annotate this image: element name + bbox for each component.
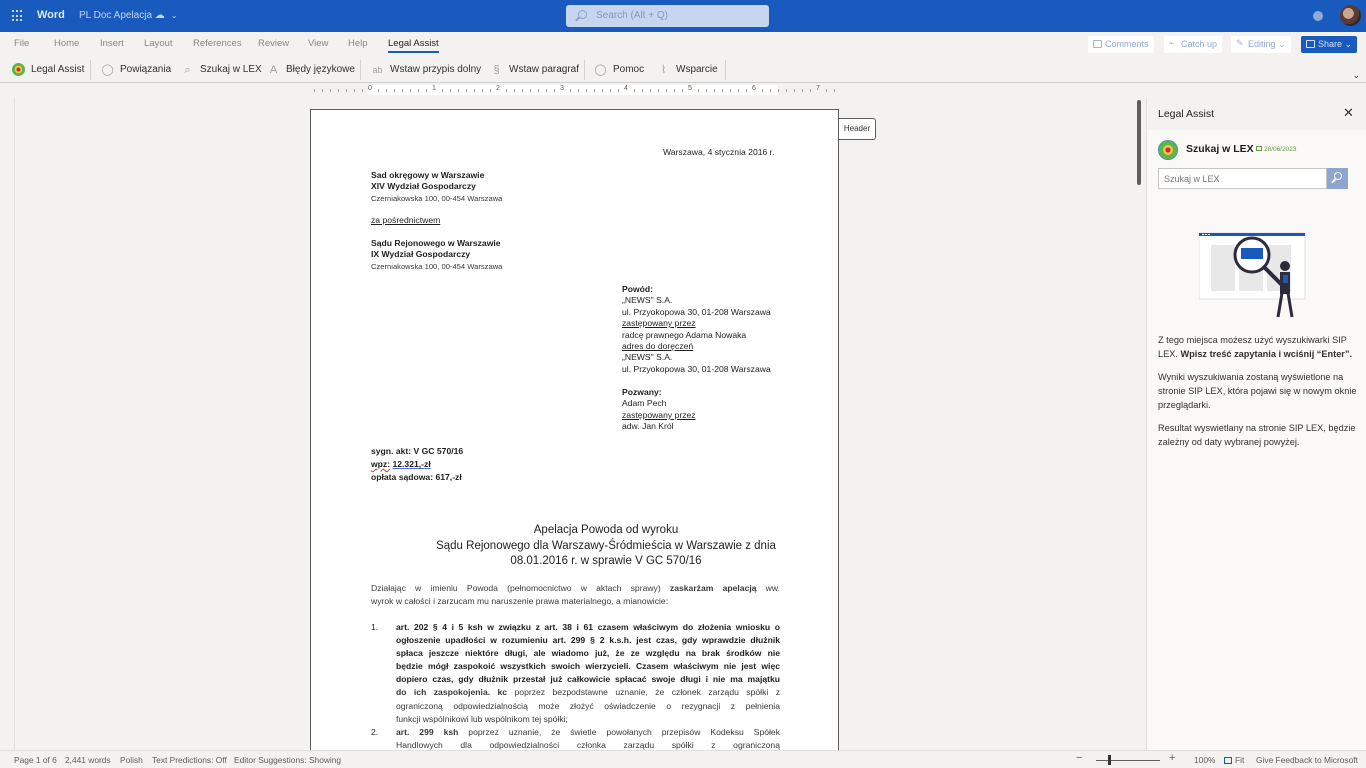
share-button[interactable]: Share ⌄: [1301, 36, 1357, 53]
case-signature: sygn. akt: V GC 570/16: [371, 446, 463, 458]
ruler-tick: [354, 89, 355, 92]
share-icon: [1306, 40, 1315, 48]
lex-search-input[interactable]: [1158, 168, 1327, 189]
comments-button[interactable]: Comments: [1088, 36, 1154, 53]
ruler-tick: [394, 89, 395, 92]
chevron-down-icon: ⌄: [1342, 39, 1352, 49]
ruler-tick: [554, 89, 555, 92]
pomoc-label: Pomoc: [613, 64, 644, 75]
court1-address: Czerniakowska 100, 00-454 Warszawa: [371, 193, 502, 205]
ruler-tick: [802, 89, 803, 92]
wsparcie-button[interactable]: ⌇Wsparcie: [657, 63, 718, 78]
tab-layout[interactable]: Layout: [144, 38, 173, 49]
list-bold: art. 299 ksh: [396, 727, 458, 737]
list-line: spłaca jeszcze niektóre długi, ale wiado…: [396, 647, 780, 660]
ruler-tick: [522, 89, 523, 92]
status-bar: Page 1 of 6 2,441 words Polish Text Pred…: [0, 750, 1366, 768]
title-line: 08.01.2016 r. w sprawie V GC 570/16: [411, 554, 801, 570]
ruler-tick: [474, 89, 475, 92]
service-address-label: adres do doręczeń: [622, 341, 693, 353]
ruler-tick: [410, 89, 411, 92]
tab-view[interactable]: View: [308, 38, 328, 49]
ruler-tick: [386, 89, 387, 92]
ruler-tick: [834, 89, 835, 92]
list-number: 1.: [371, 622, 378, 632]
wpz-label: wpz:: [371, 459, 390, 469]
title-line: Sądu Rejonowego dla Warszawy-Śródmieścia…: [411, 539, 801, 555]
ribbon-tabs: File Home Insert Layout References Revie…: [0, 32, 1366, 57]
footnote-icon: ab: [371, 64, 384, 77]
ruler-tick: [466, 89, 467, 92]
ruler-tick: [330, 89, 331, 92]
ruler-label: 7: [816, 85, 820, 92]
wstaw-przypis-button[interactable]: abWstaw przypis dolny: [371, 63, 481, 78]
title-bar: Word PL Doc Apelacja ☁⌄ Search (Alt + Q): [0, 0, 1366, 32]
editor-suggestions[interactable]: Editor Suggestions: Showing: [234, 755, 341, 765]
pane-info-3: Resultat wyswietlany na stronie SIP LEX,…: [1158, 421, 1358, 449]
ruler-tick: [770, 89, 771, 92]
list-line: art. 202 § 4 i 5 ksh w związku z art. 38…: [396, 621, 780, 634]
via-text: za pośrednictwem: [371, 215, 440, 227]
ruler-text-area: [368, 85, 778, 95]
pane-title: Legal Assist: [1158, 108, 1214, 120]
ruler-tick: [746, 89, 747, 92]
ruler-tick: [314, 89, 315, 92]
pane-header: Legal Assist ✕: [1147, 97, 1366, 130]
pane-info-bold: Wpisz treść zapytania i wciśnij “Enter”.: [1180, 349, 1352, 359]
ruler-label: 1: [432, 85, 436, 92]
bledy-label: Błędy językowe: [286, 64, 355, 75]
ruler-tick: [378, 89, 379, 92]
tab-file[interactable]: File: [14, 38, 29, 49]
pane-info-2: Wyniki wyszukiwania zostaną wyświetlone …: [1158, 370, 1358, 412]
zoom-in-button[interactable]: +: [1169, 752, 1175, 764]
ruler[interactable]: 0 1 2 3 4 5 6 7: [310, 84, 840, 97]
support-icon: ⌇: [657, 64, 670, 77]
date-line: Warszawa, 4 stycznia 2016 r.: [663, 147, 774, 159]
ruler-tick: [426, 89, 427, 92]
legal-assist-logo-icon: [12, 63, 25, 76]
ruler-tick: [594, 89, 595, 92]
page-count[interactable]: Page 1 of 6: [14, 755, 57, 765]
ruler-tick: [602, 89, 603, 92]
list-line: do ich zaspokojenia. kc poprzez bezpodst…: [396, 686, 780, 699]
ruler-tick: [722, 89, 723, 92]
ruler-tick: [634, 89, 635, 92]
defendant-label: Pozwany:: [622, 387, 662, 399]
document-page[interactable]: Warszawa, 4 stycznia 2016 r. Sad okręgow…: [310, 109, 839, 750]
word-count[interactable]: 2,441 words: [65, 755, 111, 765]
ruler-tick: [682, 89, 683, 92]
wstaw-przypis-label: Wstaw przypis dolny: [390, 64, 481, 75]
ruler-tick: [418, 89, 419, 92]
ruler-label: 4: [624, 85, 628, 92]
plaintiff-represented-label: zastępowany przez: [622, 318, 696, 330]
ruler-tick: [714, 89, 715, 92]
ruler-tick: [402, 89, 403, 92]
ruler-tick: [482, 89, 483, 92]
list-item: art. 202 § 4 i 5 ksh w związku z art. 38…: [396, 621, 780, 726]
divider: [725, 60, 726, 80]
legal-assist-label: Legal Assist: [31, 64, 84, 75]
court-fee: opłata sądowa: 617,-zł: [371, 472, 462, 484]
language[interactable]: Polish: [120, 755, 143, 765]
search-icon: [1334, 172, 1342, 180]
defendant-representative: adw. Jan Król: [622, 421, 674, 433]
intro-bold: zaskarżam apelacją: [670, 583, 757, 593]
tab-references[interactable]: References: [193, 38, 242, 49]
legal-assist-pane: Legal Assist ✕ Szukaj w LEX 28/06/2023 Z…: [1146, 97, 1366, 750]
intro-paragraph: Działając w imieniu Powoda (pełnomocnict…: [371, 582, 780, 608]
plaintiff-address: ul. Przyokopowa 30, 01-208 Warszawa: [622, 307, 771, 319]
intro-text: ww.: [757, 583, 781, 593]
service-address: ul. Przyokopowa 30, 01-208 Warszawa: [622, 364, 771, 376]
legal-assist-button[interactable]: Legal Assist: [12, 63, 84, 78]
date-picker[interactable]: 28/06/2023: [1256, 146, 1297, 153]
fit-label: Fit: [1235, 755, 1244, 765]
zoom-slider-thumb[interactable]: [1108, 755, 1111, 765]
editing-button[interactable]: ✎Editing ⌄: [1231, 36, 1291, 53]
wstaw-paragraf-button[interactable]: §Wstaw paragraf: [490, 63, 579, 78]
ruler-tick: [730, 89, 731, 92]
title-line: Apelacja Powoda od wyroku: [411, 523, 801, 539]
app-name[interactable]: Word: [37, 9, 65, 21]
ruler-tick: [810, 89, 811, 92]
list-line: art. 299 ksh poprzez uznanie, że świetle…: [396, 726, 780, 739]
app-launcher-icon[interactable]: [12, 10, 24, 22]
list-line: funkcji wspólnikowi lub wspólnikom tej s…: [396, 713, 780, 726]
list-text: poprzez uznanie, że świetle powołanych p…: [458, 727, 780, 737]
document-canvas: Warszawa, 4 stycznia 2016 r. Sad okręgow…: [0, 97, 1146, 750]
ruler-label: 3: [560, 85, 564, 92]
powiazania-button[interactable]: ◯Powiązania: [101, 63, 171, 78]
ruler-tick: [586, 89, 587, 92]
avatar[interactable]: [1340, 5, 1361, 26]
pomoc-button[interactable]: ◯Pomoc: [594, 63, 644, 78]
search-placeholder: Search (Alt + Q): [596, 10, 668, 21]
pane-info-1: Z tego miejsca możesz użyć wyszukiwarki …: [1158, 333, 1358, 361]
lex-logo-icon: [1158, 140, 1178, 160]
bledy-jezykowe-button[interactable]: ABłędy językowe: [267, 63, 355, 78]
date-value: 28/06/2023: [1264, 146, 1297, 153]
ribbon-collapse-chevron-icon[interactable]: ⌄: [1352, 70, 1360, 81]
lex-search-button[interactable]: [1327, 168, 1348, 189]
ruler-tick: [658, 89, 659, 92]
wpz-value: 12.321,-zł: [392, 459, 430, 469]
calendar-icon: [1256, 146, 1262, 151]
divider: [90, 60, 91, 80]
zoom-out-button[interactable]: −: [1076, 752, 1082, 764]
court1-name: Sad okręgowy w Warszawie: [371, 170, 484, 182]
help-circle-icon: ◯: [594, 64, 607, 77]
ruler-tick: [762, 89, 763, 92]
szukaj-label: Szukaj w LEX: [200, 64, 262, 75]
ruler-tick: [538, 89, 539, 92]
text-check-icon: A: [267, 64, 280, 77]
close-icon[interactable]: ✕: [1343, 105, 1354, 121]
defendant-represented-label: zastępowany przez: [622, 410, 696, 422]
document-title: Apelacja Powoda od wyroku Sądu Rejonoweg…: [411, 523, 801, 570]
chevron-down-icon: ⌄: [1276, 39, 1286, 49]
comments-label: Comments: [1105, 39, 1149, 49]
ruler-label: 5: [688, 85, 692, 92]
zoom-level[interactable]: 100%: [1194, 755, 1215, 765]
ruler-tick: [666, 89, 667, 92]
editing-label: Editing: [1248, 39, 1276, 49]
search-icon: ⌕: [181, 64, 194, 77]
court2-address: Czerniakowska 100, 00-454 Warszawa: [371, 261, 502, 273]
comment-icon: [1093, 40, 1102, 48]
search-input[interactable]: Search (Alt + Q): [566, 5, 769, 27]
plaintiff-name: „NEWS" S.A.: [622, 295, 672, 307]
powiazania-label: Powiązania: [120, 64, 171, 75]
defendant-name: Adam Pech: [622, 398, 666, 410]
ruler-tick: [490, 89, 491, 92]
cloud-icon: ☁: [152, 10, 165, 21]
section-icon: §: [490, 64, 503, 77]
ruler-tick: [674, 89, 675, 92]
settings-icon[interactable]: [1313, 11, 1323, 21]
ruler-tick: [578, 89, 579, 92]
pane-subtitle: Szukaj w LEX: [1186, 143, 1254, 155]
divider: [14, 97, 15, 750]
list-line: Handlowych dla odpowiedzialności członka…: [396, 739, 780, 750]
ruler-tick: [442, 89, 443, 92]
text-predictions[interactable]: Text Predictions: Off: [152, 755, 227, 765]
divider: [360, 60, 361, 80]
intro-text: Działając w imieniu Powoda (pełnomocnict…: [371, 583, 670, 593]
ruler-tick: [570, 89, 571, 92]
ruler-tick: [794, 89, 795, 92]
ruler-tick: [346, 89, 347, 92]
ruler-tick: [698, 89, 699, 92]
ruler-label: 6: [752, 85, 756, 92]
list-bold: do ich zaspokojenia. kc: [396, 687, 507, 697]
court1-dept: XIV Wydział Gospodarczy: [371, 181, 476, 193]
list-number: 2.: [371, 727, 378, 737]
court2-dept: IX Wydział Gospodarczy: [371, 249, 470, 261]
header-tag[interactable]: Header: [839, 118, 876, 140]
ruler-tick: [450, 89, 451, 92]
ruler-tick: [546, 89, 547, 92]
list-line: dopiero czas, gdy dłużnik przestał już c…: [396, 673, 780, 686]
wpz-line: wpz: 12.321,-zł: [371, 459, 431, 471]
tab-help[interactable]: Help: [348, 38, 368, 49]
pencil-icon: ✎: [1236, 39, 1245, 47]
catch-up-label: Catch up: [1181, 39, 1217, 49]
ruler-tick: [786, 89, 787, 92]
ruler-tick: [514, 89, 515, 92]
chevron-down-icon: ⌄: [171, 11, 178, 20]
tab-insert[interactable]: Insert: [100, 38, 124, 49]
service-name: „NEWS" S.A.: [622, 352, 672, 364]
ruler-tick: [778, 89, 779, 92]
ruler-tick: [506, 89, 507, 92]
ruler-label: 0: [368, 85, 372, 92]
wsparcie-label: Wsparcie: [676, 64, 718, 75]
ruler-tick: [530, 89, 531, 92]
catch-up-icon: ⌁: [1169, 39, 1178, 47]
ruler-tick: [826, 89, 827, 92]
ribbon-commands: Legal Assist ◯Powiązania ⌕Szukaj w LEX A…: [0, 57, 1366, 83]
ruler-label: 2: [496, 85, 500, 92]
list-item: art. 299 ksh poprzez uznanie, że świetle…: [396, 726, 780, 750]
search-icon: [578, 10, 587, 19]
tab-legal-assist[interactable]: Legal Assist: [388, 38, 439, 49]
list-text: poprzez bezpodstawne uznanie, że członek…: [507, 687, 780, 697]
ruler-tick: [706, 89, 707, 92]
document-name[interactable]: PL Doc Apelacja ☁⌄: [79, 10, 178, 21]
feedback-link[interactable]: Give Feedback to Microsoft: [1256, 755, 1358, 765]
ruler-tick: [738, 89, 739, 92]
divider: [584, 60, 585, 80]
vertical-scrollbar[interactable]: [1137, 100, 1141, 185]
plaintiff-label: Powód:: [622, 284, 653, 296]
zoom-slider[interactable]: [1096, 760, 1160, 761]
list-line: ograniczoną odpowiedzialnością może złoż…: [396, 700, 780, 713]
ruler-tick: [642, 89, 643, 92]
plaintiff-representative: radcę prawnego Adama Nowaka: [622, 330, 746, 342]
document-name-label: PL Doc Apelacja: [79, 10, 152, 21]
catch-up-button[interactable]: ⌁Catch up: [1164, 36, 1222, 53]
ruler-tick: [650, 89, 651, 92]
fit-button[interactable]: Fit: [1224, 755, 1244, 765]
ruler-tick: [362, 89, 363, 92]
ruler-tick: [610, 89, 611, 92]
circle-icon: ◯: [101, 64, 114, 77]
list-line: ogłoszenie upadłości w rozumieniu art. 2…: [396, 634, 780, 647]
ruler-tick: [338, 89, 339, 92]
list-line: będzie mógł zaspokoić wszystkich swoich …: [396, 660, 780, 673]
court2-name: Sądu Rejonowego w Warszawie: [371, 238, 501, 250]
tab-home[interactable]: Home: [54, 38, 79, 49]
ruler-tick: [322, 89, 323, 92]
wstaw-paragraf-label: Wstaw paragraf: [509, 64, 579, 75]
share-label: Share: [1318, 39, 1342, 49]
search-illustration: [1199, 229, 1309, 324]
ruler-tick: [458, 89, 459, 92]
ruler-tick: [618, 89, 619, 92]
szukaj-w-lex-button[interactable]: ⌕Szukaj w LEX: [181, 63, 262, 78]
tab-review[interactable]: Review: [258, 38, 289, 49]
intro-line2: wyrok w całości i zarzucam mu naruszenie…: [371, 595, 780, 608]
fit-icon: [1224, 757, 1232, 764]
